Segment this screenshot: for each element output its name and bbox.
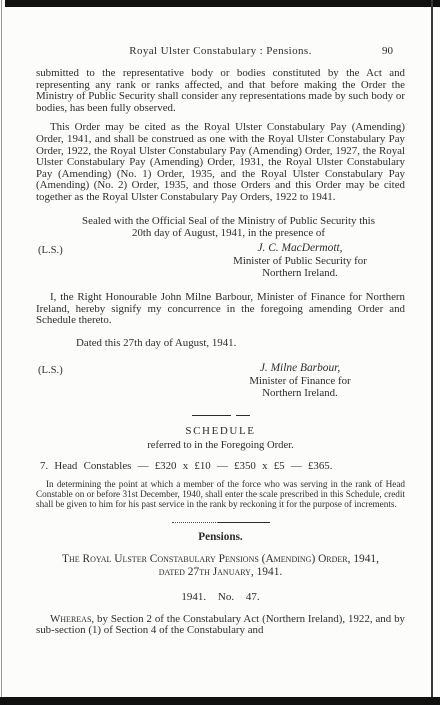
signatory-1-title-line-2: Northern Ireland. <box>184 267 416 279</box>
signatory-2-title-line-2: Northern Ireland. <box>184 387 416 399</box>
seal-mark-2: (L.S.) <box>38 365 63 376</box>
schedule-heading: SCHEDULE <box>36 425 405 437</box>
opening-paragraph: Whereas, by Section 2 of the Constabular… <box>36 614 405 637</box>
order-title-line-2: dated 27th January, 1941. <box>36 566 405 580</box>
signatory-1-name: J. C. MacDermott, <box>184 242 416 255</box>
scan-top-border <box>5 0 440 7</box>
schedule-pay-scale: 7. Head Constables — £320 x £10 — £350 x… <box>36 460 405 472</box>
dated-line: Dated this 27th day of August, 1941. <box>36 337 405 349</box>
order-title-line-1: The Royal Ulster Constabulary Pensions (… <box>36 553 405 567</box>
pensions-section-heading: Pensions. <box>36 531 405 543</box>
document-body: Royal Ulster Constabulary : Pensions. 90… <box>2 7 431 697</box>
signatory-1-title-line-1: Minister of Public Security for <box>184 255 416 267</box>
paragraph-citation: This Order may be cited as the Royal Uls… <box>36 122 405 203</box>
signatory-2-title-line-1: Minister of Finance for <box>184 375 416 387</box>
sealed-clause: Sealed with the Official Seal of the Min… <box>80 215 377 239</box>
signatory-2-name: J. Milne Barbour, <box>184 362 416 375</box>
section-divider <box>192 415 250 416</box>
running-title: Royal Ulster Constabulary : Pensions. <box>129 45 312 57</box>
seal-mark-1: (L.S.) <box>38 245 63 256</box>
scan-bottom-border <box>0 697 440 705</box>
scanned-page: Royal Ulster Constabulary : Pensions. 90… <box>0 0 440 705</box>
schedule-note: In determining the point at which a memb… <box>36 479 405 510</box>
running-header: Royal Ulster Constabulary : Pensions. 90 <box>36 45 405 57</box>
signature-block-2: (L.S.) J. Milne Barbour, Minister of Fin… <box>36 362 405 400</box>
paragraph-continuation: submitted to the representative body or … <box>36 68 405 114</box>
signature-block-1: (L.S.) J. C. MacDermott, Minister of Pub… <box>36 242 405 280</box>
opening-rest: , by Section 2 of the Constabulary Act (… <box>36 613 405 637</box>
page-number: 90 <box>382 45 393 57</box>
order-number-line: 1941. No. 47. <box>36 591 405 603</box>
section-divider-dotted <box>172 522 270 523</box>
order-title: The Royal Ulster Constabulary Pensions (… <box>36 553 405 580</box>
opening-word: Whereas <box>50 613 91 625</box>
scan-right-edge <box>431 0 433 705</box>
paragraph-concurrence: I, the Right Honourable John Milne Barbo… <box>36 292 405 327</box>
schedule-subheading: referred to in the Foregoing Order. <box>36 440 405 451</box>
